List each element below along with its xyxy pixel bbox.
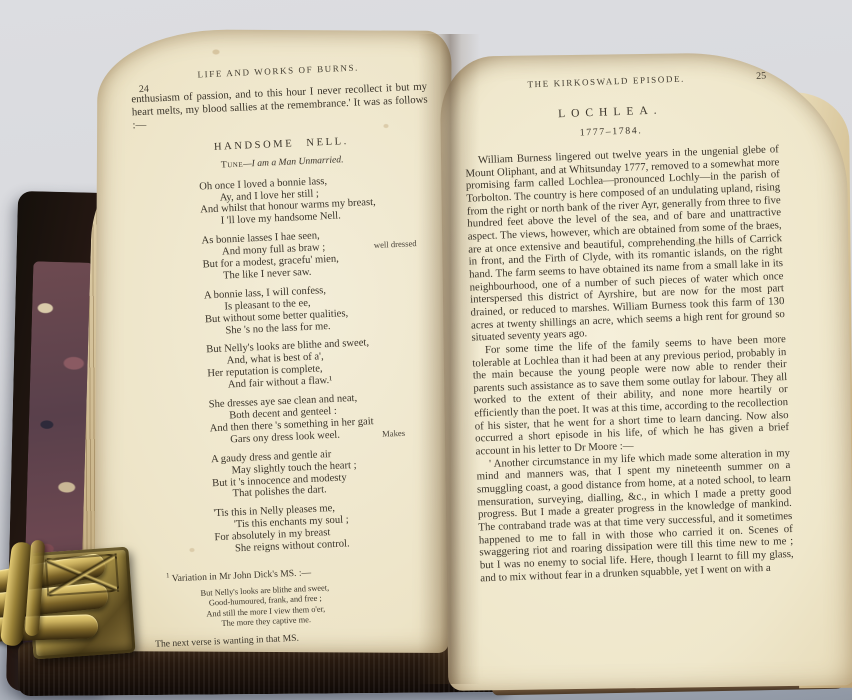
right-page-number: 25 [756, 71, 766, 82]
right-page-content: THE KIRKOSWALD EPISODE. 25 LOCHLEA. 1777… [462, 70, 794, 584]
tune-title: —I am a Man Unmarried. [243, 154, 344, 169]
body-paragraph: ' Another circumstance in my life which … [476, 447, 794, 585]
tune-label: Tune [221, 158, 244, 170]
chapter-title: LOCHLEA. [463, 100, 777, 123]
chapter-dates: 1777–1784. [464, 120, 778, 142]
margin-gloss: well dressed [374, 238, 417, 250]
margin-gloss: Makes [382, 428, 405, 439]
brass-clasp [0, 538, 150, 676]
left-page-number: 24 [139, 84, 149, 95]
poem-handsome-nell: Oh once I loved a bonnie lass, Ay, and I… [199, 171, 441, 556]
poem-stanza: 'Tis this in Nelly pleases me, 'Tis this… [213, 499, 441, 556]
left-page-content: 24 LIFE AND WORKS OF BURNS. enthusiasm o… [130, 60, 451, 650]
footnote-verse: But Nelly's looks are blithe and sweet, … [153, 581, 379, 632]
poem-stanza: But Nelly's looks are blithe and sweet, … [206, 335, 434, 392]
poem-stanza: A bonnie lass, I will confess, Is pleasa… [204, 280, 432, 337]
body-paragraph: For some time the life of the family see… [472, 333, 790, 458]
footnote-intro: 1 Variation in Mr John Dick's MS. :— [152, 560, 448, 585]
poem-stanza: Oh once I loved a bonnie lass, Ay, and I… [199, 171, 427, 228]
intro-paragraph: enthusiasm of passion, and to this hour … [131, 81, 428, 133]
footnote-intro-text: Variation in Mr John Dick's MS. :— [169, 567, 311, 584]
book-photo: 24 LIFE AND WORKS OF BURNS. enthusiasm o… [0, 0, 852, 700]
body-paragraph: William Burness lingered out twelve year… [465, 143, 786, 344]
poem-stanza: As bonnie lasses I hae seen, And mony fu… [201, 226, 429, 283]
clasp-crosshatch-detail [45, 554, 119, 597]
footnote: 1 Variation in Mr John Dick's MS. :— But… [152, 560, 451, 650]
poem-stanza: She dresses aye sae clean and neat, Both… [208, 390, 436, 447]
poem-stanza: A gaudy dress and gentle air May slightl… [211, 444, 439, 501]
